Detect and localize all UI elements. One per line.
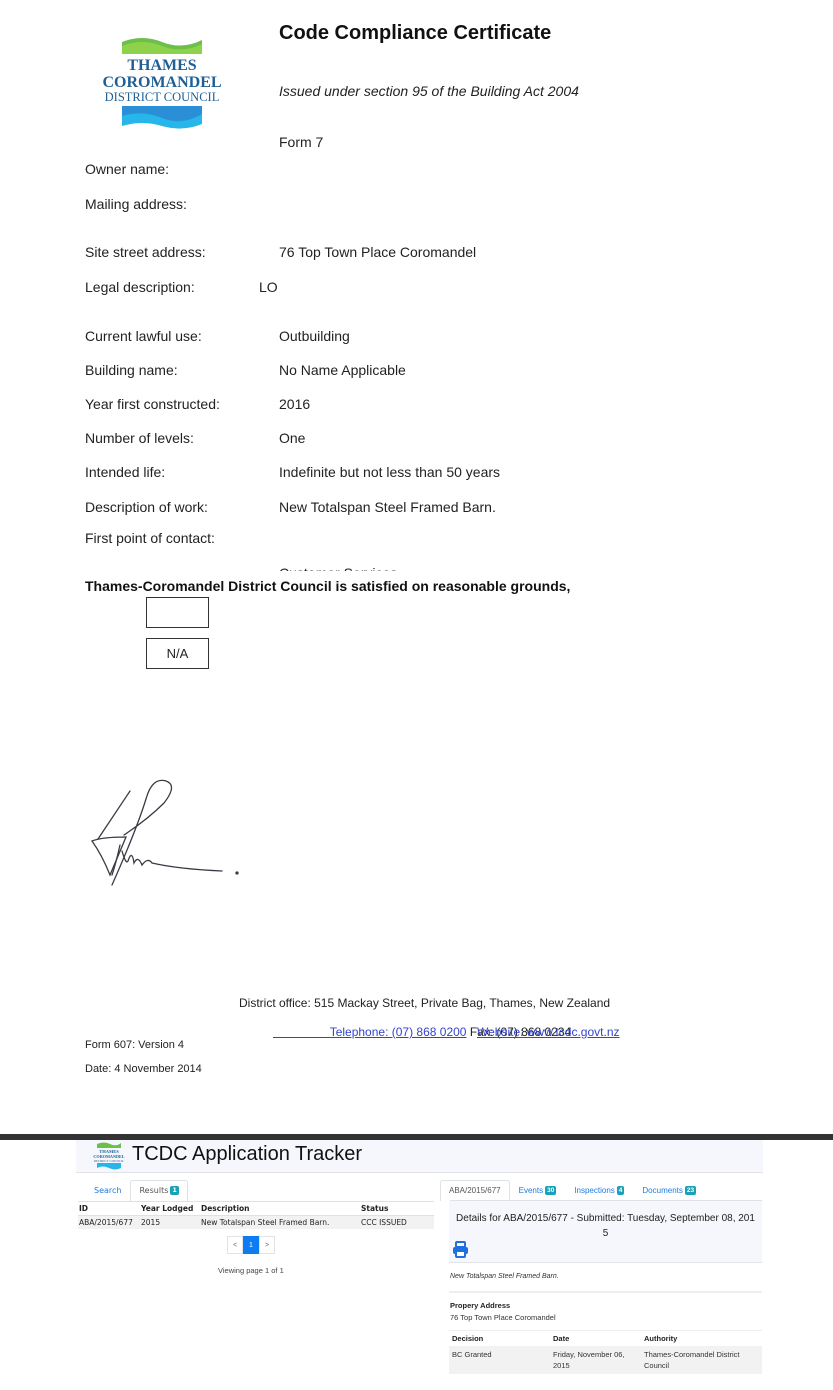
council-logo: THAMES COROMANDEL DISTRICT COUNCIL xyxy=(97,34,227,132)
decision-date: Friday, November 06, 2015 xyxy=(550,1346,641,1374)
certificate-title: Code Compliance Certificate xyxy=(279,22,551,45)
compliance-checkbox-2: N/A xyxy=(146,638,209,669)
svg-text:THAMES: THAMES xyxy=(127,57,196,74)
app-title: TCDC Application Tracker xyxy=(132,1143,362,1166)
col-year-lodged: Year Lodged xyxy=(140,1202,200,1216)
levels-value: One xyxy=(279,430,305,446)
svg-text:COROMANDEL: COROMANDEL xyxy=(102,74,221,91)
col-date: Date xyxy=(550,1331,641,1347)
property-address-value: 76 Top Town Place Coromandel xyxy=(450,1313,556,1322)
col-decision: Decision xyxy=(449,1331,550,1347)
row-description: New Totalspan Steel Framed Barn. xyxy=(200,1216,360,1230)
col-id: ID xyxy=(78,1202,140,1216)
decision-table: Decision Date Authority BC Granted Frida… xyxy=(449,1330,762,1374)
site-address-value: 76 Top Town Place Coromandel xyxy=(279,244,476,260)
details-panel: Details for ABA/2015/677 - Submitted: Tu… xyxy=(449,1201,762,1263)
levels-label: Number of levels: xyxy=(85,430,194,446)
site-address-label: Site street address: xyxy=(85,244,206,260)
table-row: BC Granted Friday, November 06, 2015 Tha… xyxy=(449,1346,762,1374)
lawful-use-label: Current lawful use: xyxy=(85,328,202,344)
owner-name-label: Owner name: xyxy=(85,161,169,177)
detail-tabs: ABA/2015/677 Events30 Inspections4 Docum… xyxy=(440,1180,705,1201)
tab-application-label: ABA/2015/677 xyxy=(449,1186,501,1195)
application-description: New Totalspan Steel Framed Barn. xyxy=(450,1273,559,1280)
telephone-link[interactable]: Telephone: (07) 868 0200 xyxy=(330,1025,467,1039)
app-header: THAMES COROMANDEL DISTRICT COUNCIL TCDC … xyxy=(76,1140,763,1173)
tab-inspections[interactable]: Inspections4 xyxy=(565,1180,633,1201)
form-version: Form 607: Version 4 xyxy=(85,1039,184,1051)
district-office-address: District office: 515 Mackay Street, Priv… xyxy=(239,996,610,1010)
svg-text:DISTRICT COUNCIL: DISTRICT COUNCIL xyxy=(105,90,220,104)
form-number: Form 7 xyxy=(279,134,323,148)
contact-line: Telephone: (07) 868 0200 Fax: (07) 868 0… xyxy=(273,1025,571,1039)
col-status: Status xyxy=(360,1202,434,1216)
intended-life-label: Intended life: xyxy=(85,464,165,480)
row-year: 2015 xyxy=(140,1216,200,1230)
year-constructed-value: 2016 xyxy=(279,396,310,412)
website-link[interactable]: Website: www.tcdc.govt.nz xyxy=(477,1025,620,1039)
svg-text:DISTRICT COUNCIL: DISTRICT COUNCIL xyxy=(94,1159,124,1163)
tab-results-label: Results xyxy=(139,1186,168,1195)
table-row[interactable]: ABA/2015/677 2015 New Totalspan Steel Fr… xyxy=(78,1216,434,1230)
certificate-document: THAMES COROMANDEL DISTRICT COUNCIL Code … xyxy=(0,0,833,1134)
work-description-label: Description of work: xyxy=(85,499,208,515)
legal-description-value: LO xyxy=(259,279,278,295)
inspections-count-badge: 4 xyxy=(617,1186,625,1195)
lawful-use-value: Outbuilding xyxy=(279,328,350,344)
intended-life-value: Indefinite but not less than 50 years xyxy=(279,464,500,480)
page-1-button[interactable]: 1 xyxy=(243,1236,259,1254)
year-constructed-label: Year first constructed: xyxy=(85,396,220,412)
print-icon[interactable] xyxy=(452,1241,469,1258)
building-name-label: Building name: xyxy=(85,362,178,378)
form-date: Date: 4 November 2014 xyxy=(85,1063,202,1075)
clipped-contact-text: Customer Services xyxy=(279,565,397,571)
compliance-checkbox-1 xyxy=(146,597,209,628)
signature xyxy=(88,775,248,900)
left-tabs: Search Results1 xyxy=(85,1180,188,1201)
decision-value: BC Granted xyxy=(449,1346,550,1374)
row-id: ABA/2015/677 xyxy=(78,1216,140,1230)
building-name-value: No Name Applicable xyxy=(279,362,406,378)
decision-authority: Thames-Coromandel District Council xyxy=(641,1346,762,1374)
tab-documents-label: Documents xyxy=(642,1186,682,1195)
tab-documents[interactable]: Documents23 xyxy=(633,1180,705,1201)
tab-events-label: Events xyxy=(519,1186,543,1195)
council-logo-small: THAMES COROMANDEL DISTRICT COUNCIL xyxy=(92,1141,126,1171)
tab-application[interactable]: ABA/2015/677 xyxy=(440,1180,510,1201)
details-divider xyxy=(449,1291,762,1293)
prev-page-button[interactable]: < xyxy=(227,1236,243,1254)
property-address-label: Propery Address xyxy=(450,1301,510,1310)
tab-events[interactable]: Events30 xyxy=(510,1180,566,1201)
documents-count-badge: 23 xyxy=(685,1186,696,1195)
satisfied-statement: Thames-Coromandel District Council is sa… xyxy=(85,578,570,594)
details-heading: Details for ABA/2015/677 - Submitted: Tu… xyxy=(449,1211,762,1241)
certificate-subtitle: Issued under section 95 of the Building … xyxy=(279,83,579,99)
results-count-badge: 1 xyxy=(170,1186,179,1195)
tab-search[interactable]: Search xyxy=(85,1180,130,1201)
next-page-button[interactable]: > xyxy=(259,1236,275,1254)
mailing-address-label: Mailing address: xyxy=(85,196,187,212)
point-of-contact-label: First point of contact: xyxy=(85,530,215,546)
legal-description-label: Legal description: xyxy=(85,279,195,295)
tab-search-label: Search xyxy=(94,1186,121,1195)
page-indicator: Viewing page 1 of 1 xyxy=(218,1266,284,1275)
row-status: CCC ISSUED xyxy=(360,1216,434,1230)
tab-results[interactable]: Results1 xyxy=(130,1180,187,1201)
work-description-value: New Totalspan Steel Framed Barn. xyxy=(279,499,496,515)
col-authority: Authority xyxy=(641,1331,762,1347)
results-table: ID Year Lodged Description Status ABA/20… xyxy=(78,1201,434,1229)
col-description: Description xyxy=(200,1202,360,1216)
tab-inspections-label: Inspections xyxy=(574,1186,614,1195)
events-count-badge: 30 xyxy=(545,1186,556,1195)
pagination: < 1 > xyxy=(227,1236,275,1254)
